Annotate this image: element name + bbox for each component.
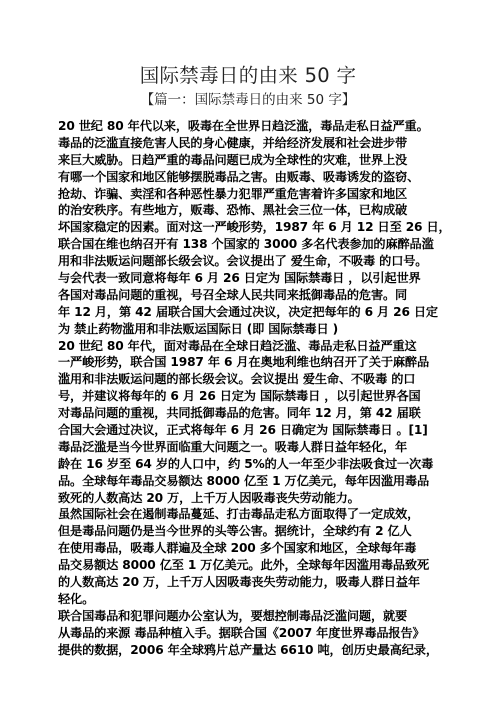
text-line: 坏国家稳定的因素。面对这一严峻形势，1987 年 6 月 12 日至 26 日， <box>58 219 478 236</box>
text-line: 毒品泛滥是当今世界面临重大问题之一。吸毒人群日益年轻化，年 <box>58 439 478 456</box>
document-page: 国际禁毒日的由来 50 字 【篇一：国际禁毒日的由来 50 字】 20 世纪 8… <box>0 0 496 702</box>
text-line: 联合国毒品和犯罪问题办公室认为，要想控制毒品泛滥问题，就要 <box>58 608 478 625</box>
text-line: 轻化。 <box>58 591 478 608</box>
text-line: 号，并建议将每年的 6 月 26 日定为 国际禁毒日 ，以引起世界各国 <box>58 388 478 405</box>
text-line: 20 世纪 80 年代以来，吸毒在全世界日趋泛滥，毒品走私日益严重。 <box>58 118 478 135</box>
text-line: 抢劫、诈骗、卖淫和各种恶性暴力犯罪严重危害着许多国家和地区 <box>58 186 478 203</box>
text-line: 的治安秩序。有些地方，贩毒、恐怖、黑社会三位一体，已构成破 <box>58 202 478 219</box>
document-title: 国际禁毒日的由来 50 字 <box>0 64 496 88</box>
text-line: 合国大会通过决议，正式将每年 6 月 26 日确定为 国际禁毒日 。[1] <box>58 422 478 439</box>
text-line: 提供的数据，2006 年全球鸦片总产量达 6610 吨，创历史最高纪录， <box>58 642 478 659</box>
text-line: 虽然国际社会在遏制毒品蔓延、打击毒品走私方面取得了一定成效， <box>58 506 478 523</box>
text-line: 一严峻形势，联合国 1987 年 6 月在奥地利维也纳召开了关于麻醉品 <box>58 354 478 371</box>
text-line: 致死的人数高达 20 万，上千万人因吸毒丧失劳动能力。 <box>58 490 478 507</box>
text-line: 毒品的泛滥直接危害人民的身心健康，并给经济发展和社会进步带 <box>58 135 478 152</box>
text-line: 但是毒品问题仍是当今世界的头等公害。据统计，全球约有 2 亿人 <box>58 523 478 540</box>
document-subtitle: 【篇一：国际禁毒日的由来 50 字】 <box>0 91 496 109</box>
document-body: 20 世纪 80 年代以来，吸毒在全世界日趋泛滥，毒品走私日益严重。 毒品的泛滥… <box>58 118 478 659</box>
text-line: 与会代表一致同意将每年 6 月 26 日定为 国际禁毒日 ，以引起世界 <box>58 270 478 287</box>
text-line: 各国对毒品问题的重视，号召全球人民共同来抵御毒品的危害。同 <box>58 287 478 304</box>
text-line: 滥用和非法贩运问题的部长级会议。会议提出 爱生命、不吸毒 的口 <box>58 371 478 388</box>
text-line: 的人数高达 20 万，上千万人因吸毒丧失劳动能力，吸毒人群日益年 <box>58 574 478 591</box>
text-line: 在使用毒品，吸毒人群遍及全球 200 多个国家和地区，全球每年毒 <box>58 540 478 557</box>
text-line: 20 世纪 80 年代，面对毒品在全球日趋泛滥、毒品走私日益严重这 <box>58 338 478 355</box>
text-line: 联合国在维也纳召开有 138 个国家的 3000 多名代表参加的麻醉品滥 <box>58 236 478 253</box>
text-line: 年 12 月，第 42 届联合国大会通过决议，决定把每年的 6 月 26 日定 <box>58 304 478 321</box>
text-line: 用和非法贩运问题部长级会议。会议提出了 爱生命，不吸毒 的口号。 <box>58 253 478 270</box>
text-line: 龄在 16 岁至 64 岁的人口中，约 5%的人一年至少非法吸食过一次毒 <box>58 456 478 473</box>
text-line: 从毒品的来源 毒品种植入手。据联合国《2007 年度世界毒品报告》 <box>58 625 478 642</box>
text-line: 品交易额达 8000 亿至 1 万亿美元。此外，全球每年因滥用毒品致死 <box>58 557 478 574</box>
text-line: 有哪一个国家和地区能够摆脱毒品之害。由贩毒、吸毒诱发的盗窃、 <box>58 169 478 186</box>
text-line: 品。全球每年毒品交易额达 8000 亿至 1 万亿美元，每年因滥用毒品 <box>58 473 478 490</box>
text-line: 对毒品问题的重视，共同抵御毒品的危害。同年 12 月，第 42 届联 <box>58 405 478 422</box>
text-line: 来巨大威胁。日趋严重的毒品问题已成为全球性的灾难，世界上没 <box>58 152 478 169</box>
text-line: 为 禁止药物滥用和非法贩运国际日 (即 国际禁毒日 ) <box>58 321 478 338</box>
